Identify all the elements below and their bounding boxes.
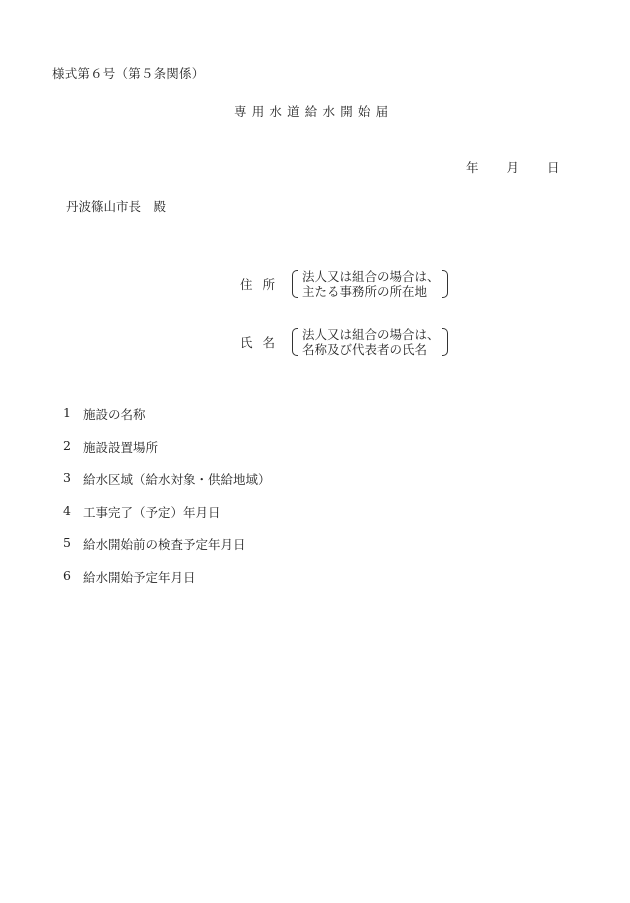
item-label: 施設の名称: [83, 405, 146, 438]
address-note: 法人又は組合の場合は、 主たる事務所の所在地: [290, 269, 450, 299]
date-day-label: 日: [547, 158, 560, 176]
list-item: 4 工事完了（予定）年月日: [63, 503, 271, 536]
address-note-line1: 法人又は組合の場合は、: [302, 269, 440, 284]
name-note-line1: 法人又は組合の場合は、: [302, 327, 440, 342]
address-field: 住所 法人又は組合の場合は、 主たる事務所の所在地: [240, 269, 450, 299]
item-number: 3: [63, 470, 83, 503]
name-note: 法人又は組合の場合は、 名称及び代表者の氏名: [290, 327, 450, 357]
item-label: 給水開始前の検査予定年月日: [83, 535, 246, 568]
address-note-line2: 主たる事務所の所在地: [302, 284, 440, 299]
document-title: 専用水道給水開始届: [234, 102, 393, 120]
list-item: 5 給水開始前の検査予定年月日: [63, 535, 271, 568]
item-number: 2: [63, 438, 83, 471]
addressee: 丹波篠山市長 殿: [66, 197, 166, 215]
item-list: 1 施設の名称 2 施設設置場所 3 給水区域（給水対象・供給地域） 4 工事完…: [63, 405, 271, 600]
list-item: 3 給水区域（給水対象・供給地域）: [63, 470, 271, 503]
item-number: 1: [63, 405, 83, 438]
item-number: 5: [63, 535, 83, 568]
item-number: 4: [63, 503, 83, 536]
date-line: 年 月 日: [466, 158, 560, 176]
list-item: 2 施設設置場所: [63, 438, 271, 471]
item-label: 施設設置場所: [83, 438, 158, 471]
address-label: 住所: [240, 275, 290, 293]
list-item: 1 施設の名称: [63, 405, 271, 438]
item-number: 6: [63, 568, 83, 601]
form-number: 様式第６号（第５条関係）: [52, 64, 204, 82]
item-label: 給水区域（給水対象・供給地域）: [83, 470, 271, 503]
name-note-line2: 名称及び代表者の氏名: [302, 342, 440, 357]
date-year-label: 年: [466, 158, 479, 176]
name-field: 氏名 法人又は組合の場合は、 名称及び代表者の氏名: [240, 327, 450, 357]
list-item: 6 給水開始予定年月日: [63, 568, 271, 601]
item-label: 給水開始予定年月日: [83, 568, 196, 601]
item-label: 工事完了（予定）年月日: [83, 503, 221, 536]
date-month-label: 月: [507, 158, 520, 176]
name-label: 氏名: [240, 333, 290, 351]
